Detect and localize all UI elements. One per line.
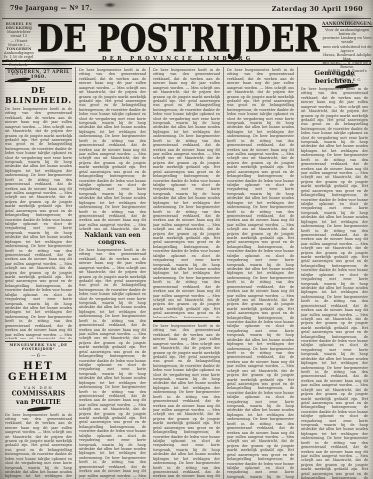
column-5: Gemengde berichten. De heer burgemeester… <box>298 67 371 479</box>
feuilleton-block: MENGELWERK VAN „DE POSTRIJDER” — 6 — HET… <box>5 341 72 411</box>
feuilleton-rubric: MENGELWERK VAN „DE POSTRIJDER” <box>5 343 72 351</box>
ads-heading: AANKONDIGINGEN: <box>322 22 373 27</box>
office-line: Aankondigingen fr. 1,50 de regel <box>4 51 34 59</box>
column-3: De heer burgemeester heeft in de zitting… <box>150 67 224 479</box>
newspaper-title: DE POSTRIJDER <box>37 21 320 59</box>
header-top-row: 79e Jaargang — Nº 17. Zaterdag 30 April … <box>0 0 373 18</box>
issue-date: Zaterdag 30 April 1960 <box>272 5 363 13</box>
office-line: Postcheck-rekening 478.712 <box>4 63 34 75</box>
ads-line: PARIJS; — 5, Daniel's Buildings, <box>322 69 373 77</box>
office-info-block: BUREEL EN DRUKKERIJ Maastrichter straat … <box>4 21 34 81</box>
ads-line: provincie Limburg en Voer, wende <box>322 36 373 44</box>
feuilleton-title: HET GEHEIM <box>5 361 72 383</box>
article-headline-blindheid: DE BLINDHEID. <box>5 85 72 105</box>
edition-number: 79e Jaargang — Nº 17. <box>10 5 92 12</box>
office-line: Maastrichter straat 13 <box>4 30 34 38</box>
office-line: BUREEL EN DRUKKERIJ <box>4 22 34 30</box>
feuilleton-subtitle: COMMISSARIS van POLITIE <box>5 390 72 406</box>
ads-line: Havas, Boulevard Adolphe Max, <box>322 53 373 61</box>
ads-line: BRUSSEL; — 8, Place de la Bourse, <box>322 61 373 69</box>
article-body-text: De heer burgemeester heeft in de zitting… <box>79 248 146 479</box>
ornament-flourish <box>26 406 51 411</box>
masthead: BUREEL EN DRUKKERIJ Maastrichter straat … <box>0 19 373 59</box>
newspaper-scan: 79e Jaargang — Nº 17. Zaterdag 30 April … <box>0 0 373 479</box>
article-body-text: De heer burgemeester heeft in de zitting… <box>227 68 294 479</box>
office-line: — (Naast Muntstr.) — <box>4 39 34 47</box>
column-2: De heer burgemeester heeft in de zitting… <box>76 67 150 479</box>
ads-line: Voor de aankondigingen buiten de <box>322 28 373 36</box>
column-1: TONGEREN, 27 APRIL 1960. DE BLINDHEID. D… <box>2 67 76 479</box>
section-divider-rule <box>153 320 220 322</box>
nameplate-block: DE POSTRIJDER DER PROVINCIE LIMBURG <box>34 21 322 62</box>
article-columns: TONGEREN, 27 APRIL 1960. DE BLINDHEID. D… <box>0 65 373 479</box>
article-body-text: De heer burgemeester heeft in de zitting… <box>301 87 368 479</box>
article-body-text: De heer burgemeester heeft in de zitting… <box>153 324 220 479</box>
ads-line: LONDEN, E. C. <box>322 78 373 82</box>
article-headline-congres: Naklank van een congres. <box>79 232 146 246</box>
advertising-notice-block: AANKONDIGINGEN: Voor de aankondigingen b… <box>322 21 373 87</box>
feuilleton-subtitle-small: VAN DEN <box>5 385 72 390</box>
article-body-text: De heer burgemeester heeft in de zitting… <box>5 107 72 339</box>
column-4: De heer burgemeester heeft in de zitting… <box>224 67 298 479</box>
feuilleton-number: — 6 — <box>5 354 72 359</box>
article-body-text: De heer burgemeester heeft in de zitting… <box>79 68 146 230</box>
feuilleton-body-text: De heer burgemeester heeft in de zitting… <box>5 413 72 479</box>
ads-line: men zich uitsluitend tot de Agence <box>322 45 373 53</box>
article-body-text: De heer burgemeester heeft in de zitting… <box>153 68 220 318</box>
